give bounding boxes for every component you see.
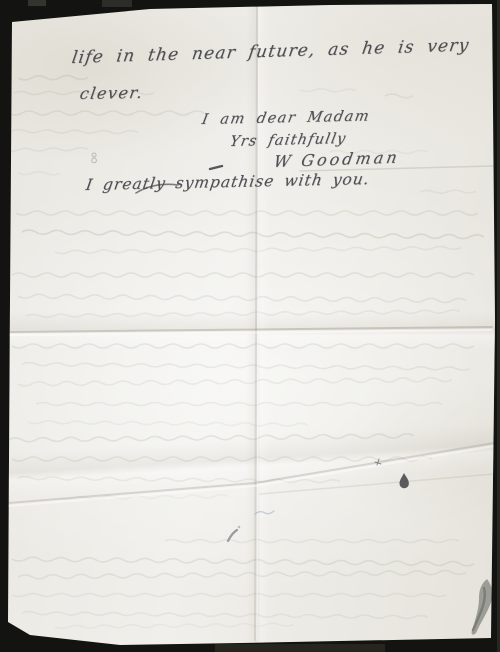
scanner-bed-artifact	[28, 0, 46, 6]
fold-crease-line	[8, 443, 494, 503]
bleed-through-stroke	[12, 130, 138, 134]
bleed-through-stroke	[22, 230, 484, 239]
pen-dot-mark	[238, 526, 241, 529]
scanner-bed-artifact	[102, 0, 132, 7]
bleed-through-stroke	[12, 594, 446, 597]
bleed-through-stroke	[300, 89, 356, 93]
bleed-through-stroke	[28, 421, 308, 427]
bleed-through-stroke	[12, 344, 474, 348]
ink-blot-stain	[400, 473, 409, 488]
signature-dash-mark	[210, 166, 222, 169]
bleed-through-stroke	[4, 148, 88, 152]
bleed-through-stroke	[18, 294, 466, 303]
paper-artifacts-layer	[0, 0, 500, 652]
bleed-through-stroke	[8, 434, 414, 442]
bleed-through-writing	[4, 75, 484, 628]
bleed-through-stroke	[12, 457, 432, 461]
bleed-through-stroke	[420, 190, 476, 194]
bleed-through-stroke	[18, 172, 60, 175]
bleed-through-stroke	[12, 557, 474, 566]
bleed-through-stroke	[18, 377, 452, 386]
scanner-bed-artifact	[215, 644, 385, 652]
bleed-through-stroke	[165, 540, 459, 543]
bleed-through-stroke	[16, 211, 478, 215]
bleed-through-stroke	[385, 94, 413, 98]
bleed-through-stroke	[26, 310, 460, 318]
bleed-through-stroke	[22, 612, 428, 619]
bleed-through-stroke	[18, 570, 466, 579]
scanned-document: life in the near future, as he is very c…	[0, 0, 500, 652]
small-double-loop-mark	[92, 153, 97, 163]
bleed-through-stroke	[12, 273, 474, 277]
letter-closing: Yrs faithfully	[229, 131, 348, 150]
bleed-through-stroke	[36, 403, 442, 406]
bleed-through-stroke	[18, 75, 88, 80]
letter-body-line: clever.	[78, 83, 145, 103]
paper-page: life in the near future, as he is very c…	[0, 0, 500, 652]
bleed-through-stroke	[8, 111, 204, 115]
bleed-through-stroke	[22, 363, 470, 371]
scan-background: { "scan": { "description": "Scanned fina…	[0, 0, 500, 652]
